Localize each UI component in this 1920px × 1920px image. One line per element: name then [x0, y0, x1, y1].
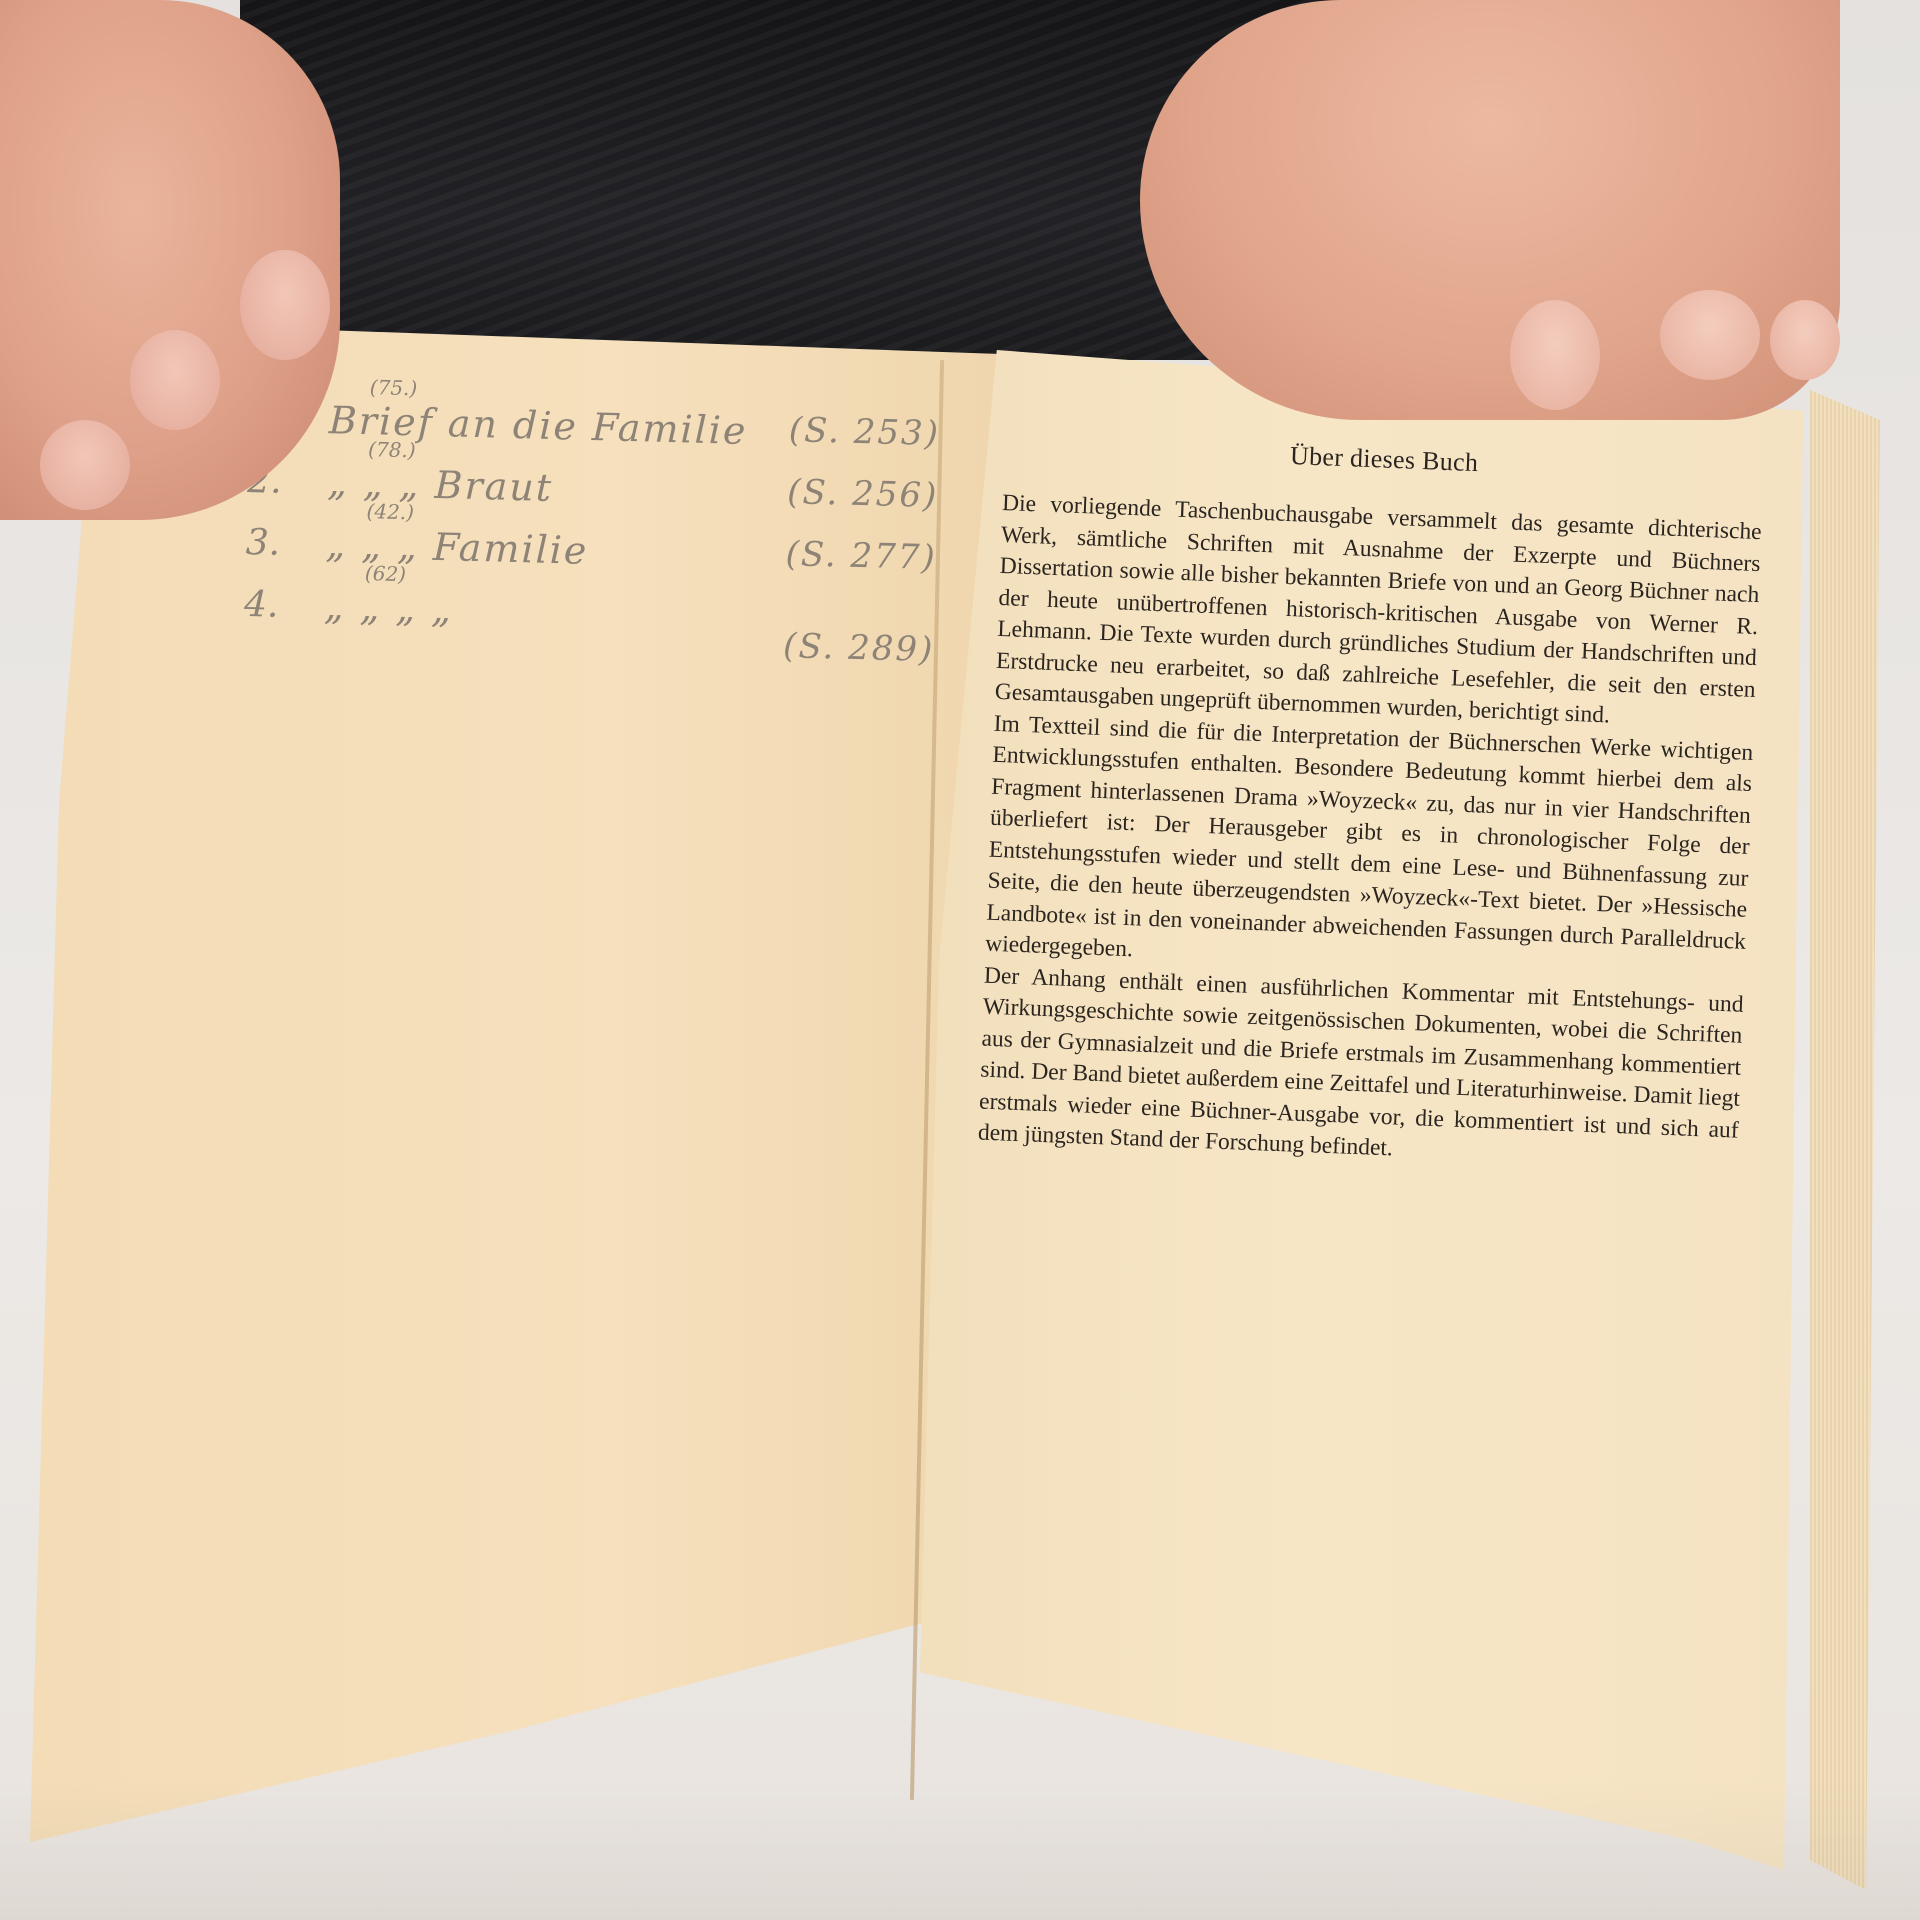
blurb-paragraph: Im Textteil sind die für die Interpretat…: [985, 708, 1754, 989]
fingernail: [1770, 300, 1840, 380]
blurb-paragraph: Der Anhang enthält einen ausführlichen K…: [977, 960, 1744, 1178]
page-block-edges: [1810, 390, 1880, 1890]
fingernail: [1660, 290, 1760, 380]
fingernail: [130, 330, 220, 430]
note-index: 3.: [245, 522, 280, 564]
note-page-ref: (S. 277): [785, 534, 937, 578]
thumbnail: [240, 250, 330, 360]
note-text: „ „ „ Braut: [327, 460, 554, 510]
note-small-number: (75.): [370, 375, 418, 400]
note-small-number: (78.): [368, 437, 416, 462]
table-surface: [0, 1780, 1920, 1920]
book-blurb: Über dieses Buch Die vorliegende Taschen…: [977, 430, 1764, 1178]
note-page-ref: (S. 256): [787, 472, 939, 516]
right-hand: [1140, 0, 1840, 420]
note-index: 4.: [244, 584, 279, 626]
pencil-notes: (75.) 1. Brief an die Familie (S. 253) (…: [243, 380, 970, 679]
note-page-ref: (S. 253): [788, 410, 940, 454]
note-text: „ „ „ „: [324, 584, 454, 631]
fingernail: [1510, 300, 1600, 410]
note-page-ref: (S. 289): [783, 626, 935, 670]
note-small-number: (42.): [366, 499, 414, 524]
blurb-body: Die vorliegende Taschenbuchausgabe versa…: [977, 488, 1762, 1178]
blurb-paragraph: Die vorliegende Taschenbuchausgabe versa…: [994, 488, 1762, 738]
left-hand: [0, 0, 340, 520]
note-small-number: (62): [365, 561, 407, 586]
fingernail: [40, 420, 130, 510]
